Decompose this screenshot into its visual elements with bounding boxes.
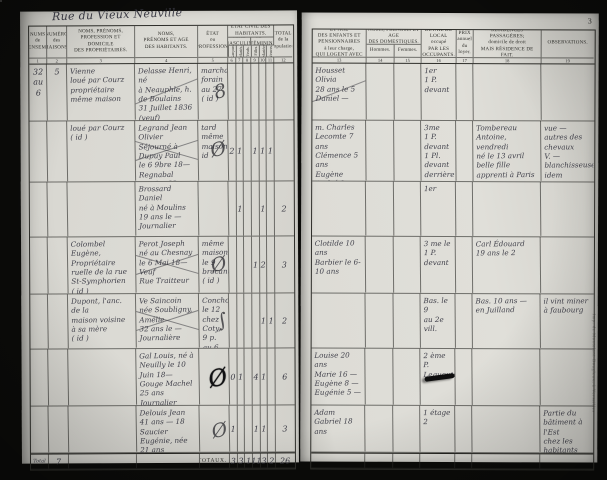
table-row: Louise 20 ans Marie 16 — Eugène 8 — Eugé… [311, 349, 593, 407]
owner-cell [68, 406, 137, 453]
rent-cell [456, 237, 473, 293]
total-cell: 3 [275, 236, 293, 292]
profession-cell: Ø [199, 406, 230, 452]
house-number-cell [47, 182, 68, 236]
total-cell: 6 [276, 348, 294, 404]
inhabitants-cell: Perot Joseph né au Chesnay le 6 Mai 18— … [136, 236, 200, 293]
lodging-detail-cell: 2 ème P. Lequeutre [420, 349, 455, 405]
count-cell [245, 406, 253, 452]
header-etat-profession: ÉTAT ou PROFESSION. [198, 26, 228, 57]
header-veufs: Veufs. [244, 46, 252, 57]
servants-women-cell [393, 406, 420, 452]
total-cell: 2 [275, 293, 293, 347]
header-garcons: Garçons. [228, 46, 236, 57]
count-cell: 1 [230, 406, 238, 452]
children-cell: Housset Olivia 28 ans le 5 Daniel — [312, 63, 366, 119]
table-row: loué par Courz ( id ) Legrand Jean Olivi… [29, 120, 293, 182]
temporary-residence-cell: Tombereau Antoine, vendredi né le 13 avr… [473, 121, 542, 182]
profession-cell: Ø [199, 349, 230, 405]
empty-cell [365, 454, 393, 468]
totaux-value: 3 [230, 454, 238, 468]
empty-cell [420, 454, 455, 468]
col-number-16: 16 [422, 57, 457, 63]
census-register-scan: Rue du Vieux Neuville NUMS de RECENSEMEN… [0, 0, 607, 480]
count-cell [245, 294, 253, 348]
servants-women-cell [394, 182, 421, 236]
observations-cell: il vint miner à faubourg [540, 294, 592, 348]
profession-cell: même maison le 9 brocanteur ( id )Ø [199, 237, 230, 293]
count-cell: 1 [268, 293, 276, 347]
header-detail-local: DÉTAIL DU LOCAL occupé PAR LES OCCUPANTS… [422, 30, 457, 57]
servants-women-cell [394, 237, 421, 293]
profession-text: marchand forain au 27 ( id ) [201, 65, 229, 103]
right-page: 3 Imp. de Montalant-Bougleux, à Versaill… [300, 12, 599, 462]
header-habitants: NOMS, PRÉNOMS ET AGE DES HABITANTS. [135, 26, 198, 57]
col-number-11: 11 [267, 56, 275, 62]
right-table: NOMS, PRÉNOMS ET AGE DES ENFANTS ET PENS… [310, 29, 596, 471]
totaux-value: 1 [245, 454, 253, 468]
children-cell [312, 181, 366, 235]
rent-cell [455, 349, 472, 405]
totaux-label: TOTAUX. [200, 454, 230, 468]
totals-row: Total 7 TOTAUX. 3 3 1 11 3 2 26 [31, 452, 295, 469]
children-cell: m. Charles Lecomte 7 ans Clémence 5 ans … [312, 120, 367, 180]
page-total-value: 7 [49, 454, 69, 468]
servants-men-cell [366, 64, 394, 120]
right-table-header: NOMS, PRÉNOMS ET AGE DES ENFANTS ET PENS… [313, 30, 595, 65]
col-number-5: 5 [198, 57, 228, 63]
totals-row [311, 453, 593, 470]
observations-cell: Partie du bâtiment à l'Est chez les habi… [540, 406, 592, 452]
col-number-13: 13 [313, 57, 367, 63]
owner-cell [67, 182, 136, 237]
inhabitants-cell: Gal Louis, né à Neuilly le 10 Juin 18— G… [136, 348, 200, 405]
house-number-cell [48, 349, 69, 405]
lodging-detail-cell: Bas. le 9 au 2e vill. [420, 294, 455, 348]
col-number-6: 6 [228, 57, 236, 63]
col-number-4: 4 [135, 57, 198, 63]
servants-men-cell [366, 182, 394, 236]
rent-cell [456, 121, 474, 181]
empty-cell [472, 454, 540, 468]
count-cell [237, 406, 245, 452]
profession-cell: marchand forain au 27 ( id )8 [198, 64, 229, 120]
left-page: Rue du Vieux Neuville NUMS de RECENSEMEN… [20, 10, 299, 463]
totaux-grand-total: 26 [276, 453, 294, 467]
house-number-cell [48, 237, 69, 293]
count-cell: 1 [260, 406, 268, 452]
servants-men-cell [365, 294, 393, 348]
servants-women-cell [394, 64, 421, 120]
ink-mark: Ø [206, 366, 230, 393]
recensement-cell [30, 294, 49, 348]
page-total-label: Total [31, 454, 49, 468]
col-number-7: 7 [236, 57, 244, 63]
col-number-19: 19 [542, 57, 594, 63]
empty-cell [137, 454, 200, 468]
count-cell: 1 [253, 406, 261, 452]
header-enfants-pensionnaires: NOMS, PRÉNOMS ET AGE DES ENFANTS ET PENS… [313, 30, 367, 57]
inhabitants-cell: Legrand Jean Olivier Séjourné à Dupuy Pa… [135, 120, 199, 181]
temporary-residence-cell: Bas. 10 ans — en Juilland [472, 294, 540, 349]
empty-cell [393, 454, 420, 468]
temporary-residence-cell: Carl Édouard 19 ans le 2 [473, 237, 541, 294]
owner-cell: loué par Courz ( id ) [67, 121, 136, 182]
observations-cell: vue — autres des chevaux V. — blanchisse… [541, 121, 594, 181]
header-etat-civil: ÉTAT CIVIL DES HABITANTS. [228, 25, 274, 37]
temporary-residence-cell [473, 182, 541, 237]
col-number-8: 8 [244, 57, 252, 63]
col-number-1: 1 [29, 57, 47, 63]
owner-cell: Dupont, l'anc. de la maison voisine à sa… [68, 294, 137, 349]
left-table-header: NUMS de RECENSEMENT. NUMÉRO des MAISONS.… [29, 25, 293, 64]
header-veuves: Veuves. [267, 45, 275, 56]
profession-cell: Conchougard le 12 chez Coty, 9 p. au 6 c… [199, 294, 230, 348]
observations-cell [541, 237, 593, 293]
table-row: Delouis Jean 41 ans — 18 Saucier Eugénie… [31, 405, 295, 453]
profession-text: Conchougard le 12 chez Coty, 9 p. au 6 c… [202, 295, 230, 348]
header-sexe-masculin: SEXE MASCULIN. [228, 38, 251, 46]
header-observations: OBSERVATIONS. [542, 30, 594, 57]
servants-men-cell [366, 237, 394, 293]
header-filles: Filles. [251, 46, 259, 57]
col-number-15: 15 [395, 57, 422, 63]
servants-men-cell [366, 121, 395, 181]
header-sexe-feminin: SEXE FÉMININ. [251, 37, 274, 45]
inhabitants-cell: Brossard Daniel né à Moulins 19 ans le —… [135, 181, 199, 236]
profession-text: tard même maison id [201, 123, 228, 160]
inhabitants-cell: Delouis Jean 41 ans — 18 Saucier Eugénie… [136, 405, 200, 452]
table-row: Bas. le 9 au 2e vill. Bas. 10 ans — en J… [312, 294, 594, 350]
lodging-detail-cell: 1 étage 2 [420, 406, 455, 452]
rent-cell [455, 294, 472, 348]
empty-cell [311, 454, 365, 468]
temporary-residence-cell [472, 406, 540, 453]
recensement-cell [30, 406, 49, 452]
servants-women-cell [394, 121, 422, 181]
servants-women-cell [393, 294, 420, 348]
house-number-cell [48, 294, 69, 348]
header-proprietaires: NOMS, PRÉNOMS, PROFESSION ET DOMICILE DE… [67, 26, 135, 57]
count-cell: 1 [260, 294, 268, 348]
rent-cell [456, 64, 473, 120]
table-row: Adam Gabriel 18 ans 1 étage 2 Partie du … [311, 406, 593, 454]
header-prix-loyer: PRIX annuel du loyer. [457, 30, 474, 57]
header-domestiques-hommes: Hommes. [367, 45, 395, 57]
house-number-cell: 5 [47, 64, 68, 120]
inhabitants-cell: Delasse Henri, né à Neauphle, h. de Boul… [135, 63, 199, 120]
scan-speckle [0, 0, 2, 2]
header-recensement: NUMS de RECENSEMENT. [29, 26, 47, 57]
owner-cell: Colombel Eugène, Propriétaire ruelle de … [68, 237, 137, 294]
recensement-cell [30, 349, 49, 405]
owner-cell: Vienne loué par Courz propriétaire même … [67, 64, 136, 121]
profession-cell [198, 182, 229, 236]
col-number-9: 9 [251, 57, 259, 63]
observations-cell [541, 182, 593, 236]
house-number-cell [48, 406, 69, 452]
col-number-10: 10 [259, 57, 267, 63]
children-cell: Louise 20 ans Marie 16 — Eugène 8 — Eugé… [311, 348, 365, 404]
table-row: Colombel Eugène, Propriétaire ruelle de … [30, 236, 294, 294]
col-number-14: 14 [367, 57, 395, 63]
empty-cell [455, 454, 472, 468]
total-cell: 3 [276, 405, 294, 451]
rent-cell [456, 182, 473, 236]
totaux-value: 2 [268, 453, 276, 467]
totaux-value: 3 [261, 454, 269, 468]
temporary-residence-cell [473, 64, 541, 121]
header-residences-passageres: RÉSIDENCES PASSAGÈRES; domicile de droit… [474, 30, 542, 57]
table-row: Dupont, l'anc. de la maison voisine à sa… [30, 293, 294, 349]
header-total: TOTAL de la Population. [274, 25, 292, 56]
servants-women-cell [393, 349, 420, 405]
total-cell [274, 63, 292, 119]
lodging-detail-cell: 1er [421, 182, 456, 236]
header-domestiques-femmes: Femmes. [395, 45, 422, 57]
count-cell [268, 405, 276, 451]
table-row: Gal Louis, né à Neuilly le 10 Juin 18— G… [30, 348, 294, 406]
ink-mark: Ø [210, 420, 229, 442]
col-number-2: 2 [47, 57, 67, 63]
header-domestiques: NOMS, PRÉNOMS ET AGE DES DOMESTIQUES. [367, 30, 422, 45]
totaux-value: 3 [238, 454, 246, 468]
count-cell [237, 294, 245, 348]
children-cell [311, 293, 365, 347]
observations-cell [541, 64, 593, 120]
col-number-17: 17 [457, 57, 474, 63]
table-row: Housset Olivia 28 ans le 5 Daniel — 1er … [312, 64, 594, 122]
street-title: Rue du Vieux Neuville [52, 6, 183, 23]
empty-cell [540, 454, 592, 468]
total-cell: 2 [275, 181, 293, 235]
lodging-detail-cell: 3 me le 1 P. devant [421, 237, 456, 293]
left-table: NUMS de RECENSEMENT. NUMÉRO des MAISONS.… [28, 24, 296, 470]
empty-cell [69, 454, 137, 468]
page-number: 3 [588, 16, 592, 25]
table-row: m. Charles Lecomte 7 ans Clémence 5 ans … [312, 121, 594, 183]
col-number-12: 12 [274, 56, 292, 62]
totaux-value: 11 [253, 454, 261, 468]
total-cell [275, 120, 293, 180]
recensement-cell [29, 121, 48, 181]
observations-cell [540, 349, 592, 405]
header-maisons: NUMÉRO des MAISONS. [47, 26, 67, 57]
table-row: Clotilde 10 ans Barbier le 6-10 ans 3 me… [312, 237, 594, 295]
count-cell [252, 294, 260, 348]
lodging-detail-cell: 3me 1 P. devant 1 Pl. devant derrière [421, 121, 457, 181]
rent-cell [455, 406, 472, 452]
recensement-cell [29, 182, 48, 236]
table-row: 1er [312, 182, 594, 238]
col-number-3: 3 [67, 57, 135, 63]
servants-men-cell [365, 406, 393, 452]
col-number-18: 18 [474, 57, 542, 63]
profession-cell: tard même maison idØ [198, 121, 229, 181]
profession-text: même maison le 9 brocanteur ( id ) [202, 239, 230, 286]
children-cell: Adam Gabriel 18 ans [311, 405, 365, 451]
table-row: 32 au 6 5 Vienne loué par Courz propriét… [29, 63, 293, 121]
table-row: Brossard Daniel né à Moulins 19 ans le —… [30, 181, 294, 237]
inhabitants-cell: Ve Saincoin née Soubligny, Amélie 32 ans… [136, 293, 200, 348]
count-cell [229, 294, 237, 348]
recensement-cell: 32 au 6 [29, 64, 48, 120]
recensement-cell [30, 237, 49, 293]
servants-men-cell [365, 349, 393, 405]
temporary-residence-cell [472, 349, 540, 406]
owner-cell [68, 349, 137, 406]
lodging-detail-cell: 1er 1 P. devant [421, 64, 456, 120]
house-number-cell [47, 121, 68, 181]
children-cell: Clotilde 10 ans Barbier le 6-10 ans [312, 236, 366, 292]
